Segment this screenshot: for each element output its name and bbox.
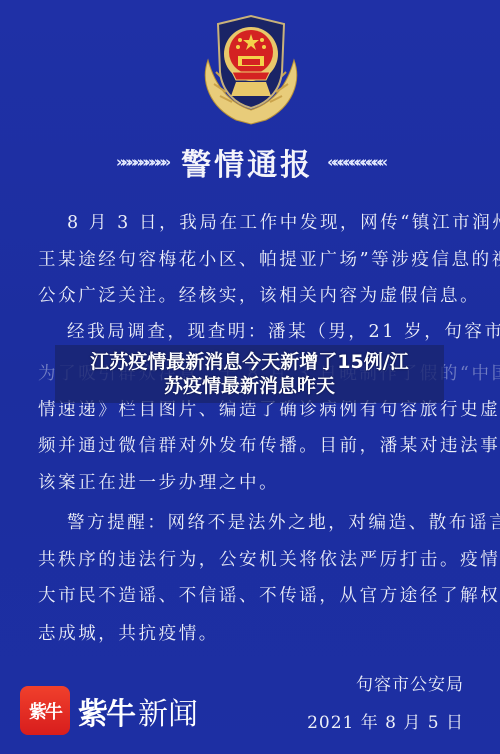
- logo-news-text: 新闻: [138, 689, 198, 733]
- paragraph-3-line-1: 警方提醒：网络不是法外之地，对编造、散布谣言，扰乱公: [67, 512, 467, 534]
- notice-title-row: »»»»»»»»» 警情通报 ««««««««««: [90, 142, 410, 182]
- notice-title: 警情通报: [175, 140, 319, 184]
- paragraph-2-line-4: 频并通过微信群对外发布传播。目前，潘某对违法事实供认不讳，: [38, 435, 468, 457]
- police-notice-image: »»»»»»»»» 警情通报 «««««««««« 8 月 3 日，我局在工作中…: [0, 0, 500, 754]
- paragraph-2-line-1: 经我局调查，现查明：潘某（男，21 岁，句容市开发区人）: [67, 321, 467, 343]
- police-emblem-icon: [196, 12, 306, 127]
- chevron-right-decoration-icon: »»»»»»»»»: [116, 153, 167, 171]
- paragraph-3-line-4: 志成城，共抗疫情。: [38, 623, 468, 645]
- overlay-caption-line-1: 江苏疫情最新消息今天新增了15例/江: [90, 350, 408, 374]
- paragraph-1-line-2: 王某途经句容梅花小区、帕提亚广场”等涉疫信息的视频，引起: [38, 249, 468, 271]
- zniu-logo-icon: 紫牛: [20, 686, 70, 735]
- overlay-caption: 江苏疫情最新消息今天新增了15例/江 苏疫情最新消息昨天: [55, 345, 444, 403]
- chevron-left-decoration-icon: ««««««««««: [327, 153, 384, 171]
- zniu-news-logo: 紫牛 紫牛 新闻: [20, 686, 198, 735]
- paragraph-1-line-3: 公众广泛关注。经核实，该相关内容为虚假信息。: [38, 285, 468, 307]
- signature: 句容市公安局: [356, 670, 464, 695]
- logo-brand-text: 紫牛: [78, 689, 134, 733]
- paragraph-2-line-5: 该案正在进一步办理之中。: [38, 472, 468, 494]
- paragraph-3-line-3: 大市民不造谣、不信谣、不传谣，从官方途径了解权威信息，众: [38, 585, 468, 607]
- notice-date: 2021 年 8 月 5 日: [307, 708, 464, 733]
- paragraph-1-line-1: 8 月 3 日，我局在工作中发现，网传“镇江市润州区确诊病例: [67, 212, 467, 234]
- paragraph-3-line-2: 共秩序的违法行为，公安机关将依法严厉打击。疫情当前，请广: [38, 549, 468, 571]
- overlay-caption-line-2: 苏疫情最新消息昨天: [164, 374, 335, 398]
